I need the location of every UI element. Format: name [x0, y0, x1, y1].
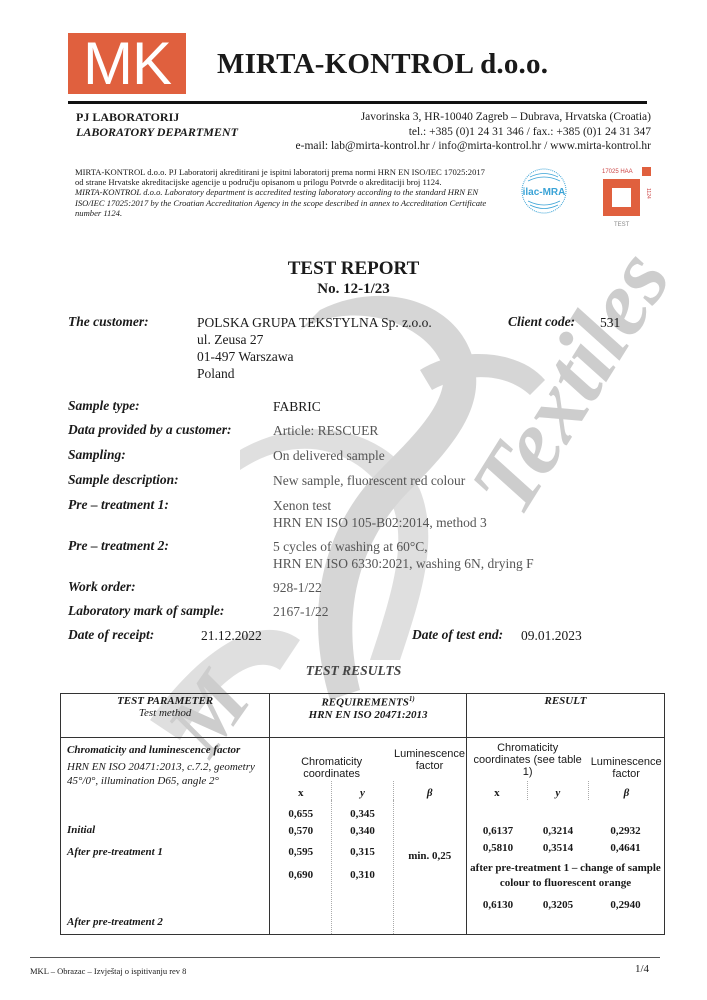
accreditation-text: MIRTA-KONTROL d.o.o. PJ Laboratorij akre…	[75, 167, 495, 218]
param-method: HRN EN ISO 20471:2013, c.7.2, geometry 4…	[67, 760, 263, 788]
req-symbol-x: x	[270, 781, 332, 800]
res-symbol-y: y	[527, 781, 588, 800]
result-row-after-pt2: 0,6130 0,3205 0,2940	[468, 897, 663, 914]
req-luminescence-header: Luminescence factor	[393, 738, 466, 782]
header-requirements: REQUIREMENTS1) HRN EN ISO 20471:2013	[270, 694, 467, 738]
req-y-4: 0,310	[333, 867, 391, 884]
field-label-sampling: Sampling:	[68, 447, 126, 463]
field-value-lab-mark: 2167-1/22	[273, 603, 329, 620]
res-symbol-beta: β	[588, 781, 664, 800]
header-result: RESULT	[466, 694, 664, 738]
ilac-mra-icon: ilac-MRA	[520, 167, 568, 215]
req-y-values: 0,345 0,340 0,315 0,310	[332, 800, 393, 935]
header-req-standard: HRN EN ISO 20471:2013	[271, 709, 465, 721]
req-y-2: 0,340	[333, 823, 391, 840]
client-code: 531	[600, 314, 620, 331]
field-label-lab-mark: Laboratory mark of sample:	[68, 603, 224, 619]
header-param-label: TEST PARAMETER	[62, 695, 268, 707]
haa-accreditation-icon: 17025 HAA 1124 TEST	[600, 166, 655, 232]
customer-country: Poland	[197, 365, 432, 382]
req-symbol-y: y	[332, 781, 393, 800]
req-x-values: 0,655 0,570 0,595 0,690	[270, 800, 332, 935]
field-value-work-order: 928-1/22	[273, 579, 322, 596]
customer-address: POLSKA GRUPA TEKSTYLNA Sp. z.o.o. ul. Ze…	[197, 314, 432, 382]
table-data-row: Initial After pre-treatment 1 After pre-…	[61, 800, 665, 935]
row-label-after-pt2: After pre-treatment 2	[67, 916, 263, 934]
req-beta-value: min. 0,25	[393, 800, 466, 935]
table-subheader-row: Chromaticity and luminescence factor HRN…	[61, 738, 665, 782]
header-method-label: Test method	[62, 707, 268, 719]
field-label-sample-description: Sample description:	[68, 472, 179, 488]
client-code-label: Client code:	[508, 314, 575, 330]
pretreatment-1-line2: HRN EN ISO 105-B02:2014, method 3	[273, 514, 487, 531]
field-label-sample-type: Sample type:	[68, 398, 140, 414]
header-divider	[68, 101, 647, 104]
svg-text:17025 HAA: 17025 HAA	[602, 169, 633, 175]
field-value-sampling: On delivered sample	[273, 447, 385, 464]
req-y-3: 0,315	[333, 844, 391, 861]
results-table: TEST PARAMETER Test method REQUIREMENTS1…	[60, 693, 665, 935]
req-symbol-beta: β	[393, 781, 466, 800]
customer-name: POLSKA GRUPA TEKSTYLNA Sp. z.o.o.	[197, 314, 432, 331]
date-receipt-label: Date of receipt:	[68, 627, 154, 643]
res-luminescence-header: Luminescence factor	[588, 738, 664, 782]
header-result-label: RESULT	[544, 695, 586, 707]
row-label-initial: Initial	[67, 824, 263, 846]
customer-street: ul. Zeusa 27	[197, 331, 432, 348]
email[interactable]: e-mail: lab@mirta-kontrol.hr / info@mirt…	[296, 139, 651, 154]
result-row-initial: 0,6137 0,3214 0,2932	[468, 823, 663, 840]
company-logo: MK	[68, 33, 186, 94]
field-label-work-order: Work order:	[68, 579, 136, 595]
department-en: LABORATORY DEPARTMENT	[76, 125, 238, 140]
result-row-after-pt1: 0,5810 0,3514 0,4641	[468, 840, 663, 857]
customer-city: 01-497 Warszawa	[197, 348, 432, 365]
req-x-2: 0,570	[271, 823, 330, 840]
req-chromaticity-header: Chromaticity coordinates	[270, 738, 393, 782]
customer-label: The customer:	[68, 314, 149, 330]
pretreatment-2-line2: HRN EN ISO 6330:2021, washing 6N, drying…	[273, 555, 534, 572]
pretreatment-1-line1: Xenon test	[273, 497, 487, 514]
param-cell: Chromaticity and luminescence factor HRN…	[61, 738, 270, 801]
field-value-sample-type: FABRIC	[273, 398, 321, 415]
header-req-label: REQUIREMENTS	[321, 697, 408, 709]
department: PJ LABORATORIJ LABORATORY DEPARTMENT	[76, 110, 238, 140]
pretreatment-2-line1: 5 cycles of washing at 60°C,	[273, 538, 534, 555]
result-note: after pre-treatment 1 – change of sample…	[470, 861, 661, 891]
accreditation-hr: MIRTA-KONTROL d.o.o. PJ Laboratorij akre…	[75, 167, 495, 187]
svg-text:ilac-MRA: ilac-MRA	[523, 187, 566, 198]
phone: tel.: +385 (0)1 24 31 346 / fax.: +385 (…	[296, 125, 651, 140]
res-symbol-x: x	[466, 781, 527, 800]
field-label-pretreatment-2: Pre – treatment 2:	[68, 538, 169, 554]
report-number: No. 12-1/23	[0, 281, 707, 298]
req-x-1: 0,655	[271, 806, 330, 823]
date-receipt: 21.12.2022	[201, 627, 262, 644]
company-name: MIRTA-KONTROL d.o.o.	[217, 48, 548, 81]
req-x-3: 0,595	[271, 844, 330, 861]
table-header-row: TEST PARAMETER Test method REQUIREMENTS1…	[61, 694, 665, 738]
footnote-ref: 1)	[409, 695, 415, 703]
date-end-label: Date of test end:	[412, 627, 503, 643]
param-name: Chromaticity and luminescence factor	[67, 744, 263, 756]
row-label-after-pt1: After pre-treatment 1	[67, 846, 263, 916]
address: Javorinska 3, HR-10040 Zagreb – Dubrava,…	[296, 110, 651, 125]
result-values: 0,6137 0,3214 0,2932 0,5810 0,3514 0,464…	[466, 800, 664, 935]
date-end: 09.01.2023	[521, 627, 582, 644]
report-title: TEST REPORT	[0, 258, 707, 280]
svg-text:TEST: TEST	[614, 222, 630, 228]
svg-text:1124: 1124	[645, 188, 651, 199]
req-y-1: 0,345	[333, 806, 391, 823]
table-bottom	[61, 935, 665, 936]
results-title: TEST RESULTS	[0, 663, 707, 679]
req-x-4: 0,690	[271, 867, 330, 884]
field-label-pretreatment-1: Pre – treatment 1:	[68, 497, 169, 513]
field-value-pretreatment-2: 5 cycles of washing at 60°C, HRN EN ISO …	[273, 538, 534, 572]
header-test-parameter: TEST PARAMETER Test method	[61, 694, 270, 738]
accreditation-en: MIRTA-KONTROL d.o.o. Laboratory departme…	[75, 187, 495, 218]
department-hr: PJ LABORATORIJ	[76, 110, 179, 124]
row-labels: Initial After pre-treatment 1 After pre-…	[61, 800, 270, 935]
field-value-sample-description: New sample, fluorescent red colour	[273, 472, 465, 489]
field-value-customer-data: Article: RESCUER	[273, 422, 378, 439]
field-value-pretreatment-1: Xenon test HRN EN ISO 105-B02:2014, meth…	[273, 497, 487, 531]
contact-block: Javorinska 3, HR-10040 Zagreb – Dubrava,…	[296, 110, 651, 154]
res-chromaticity-header: Chromaticity coordinates (see table 1)	[466, 738, 588, 782]
field-label-customer-data: Data provided by a customer:	[68, 422, 231, 438]
